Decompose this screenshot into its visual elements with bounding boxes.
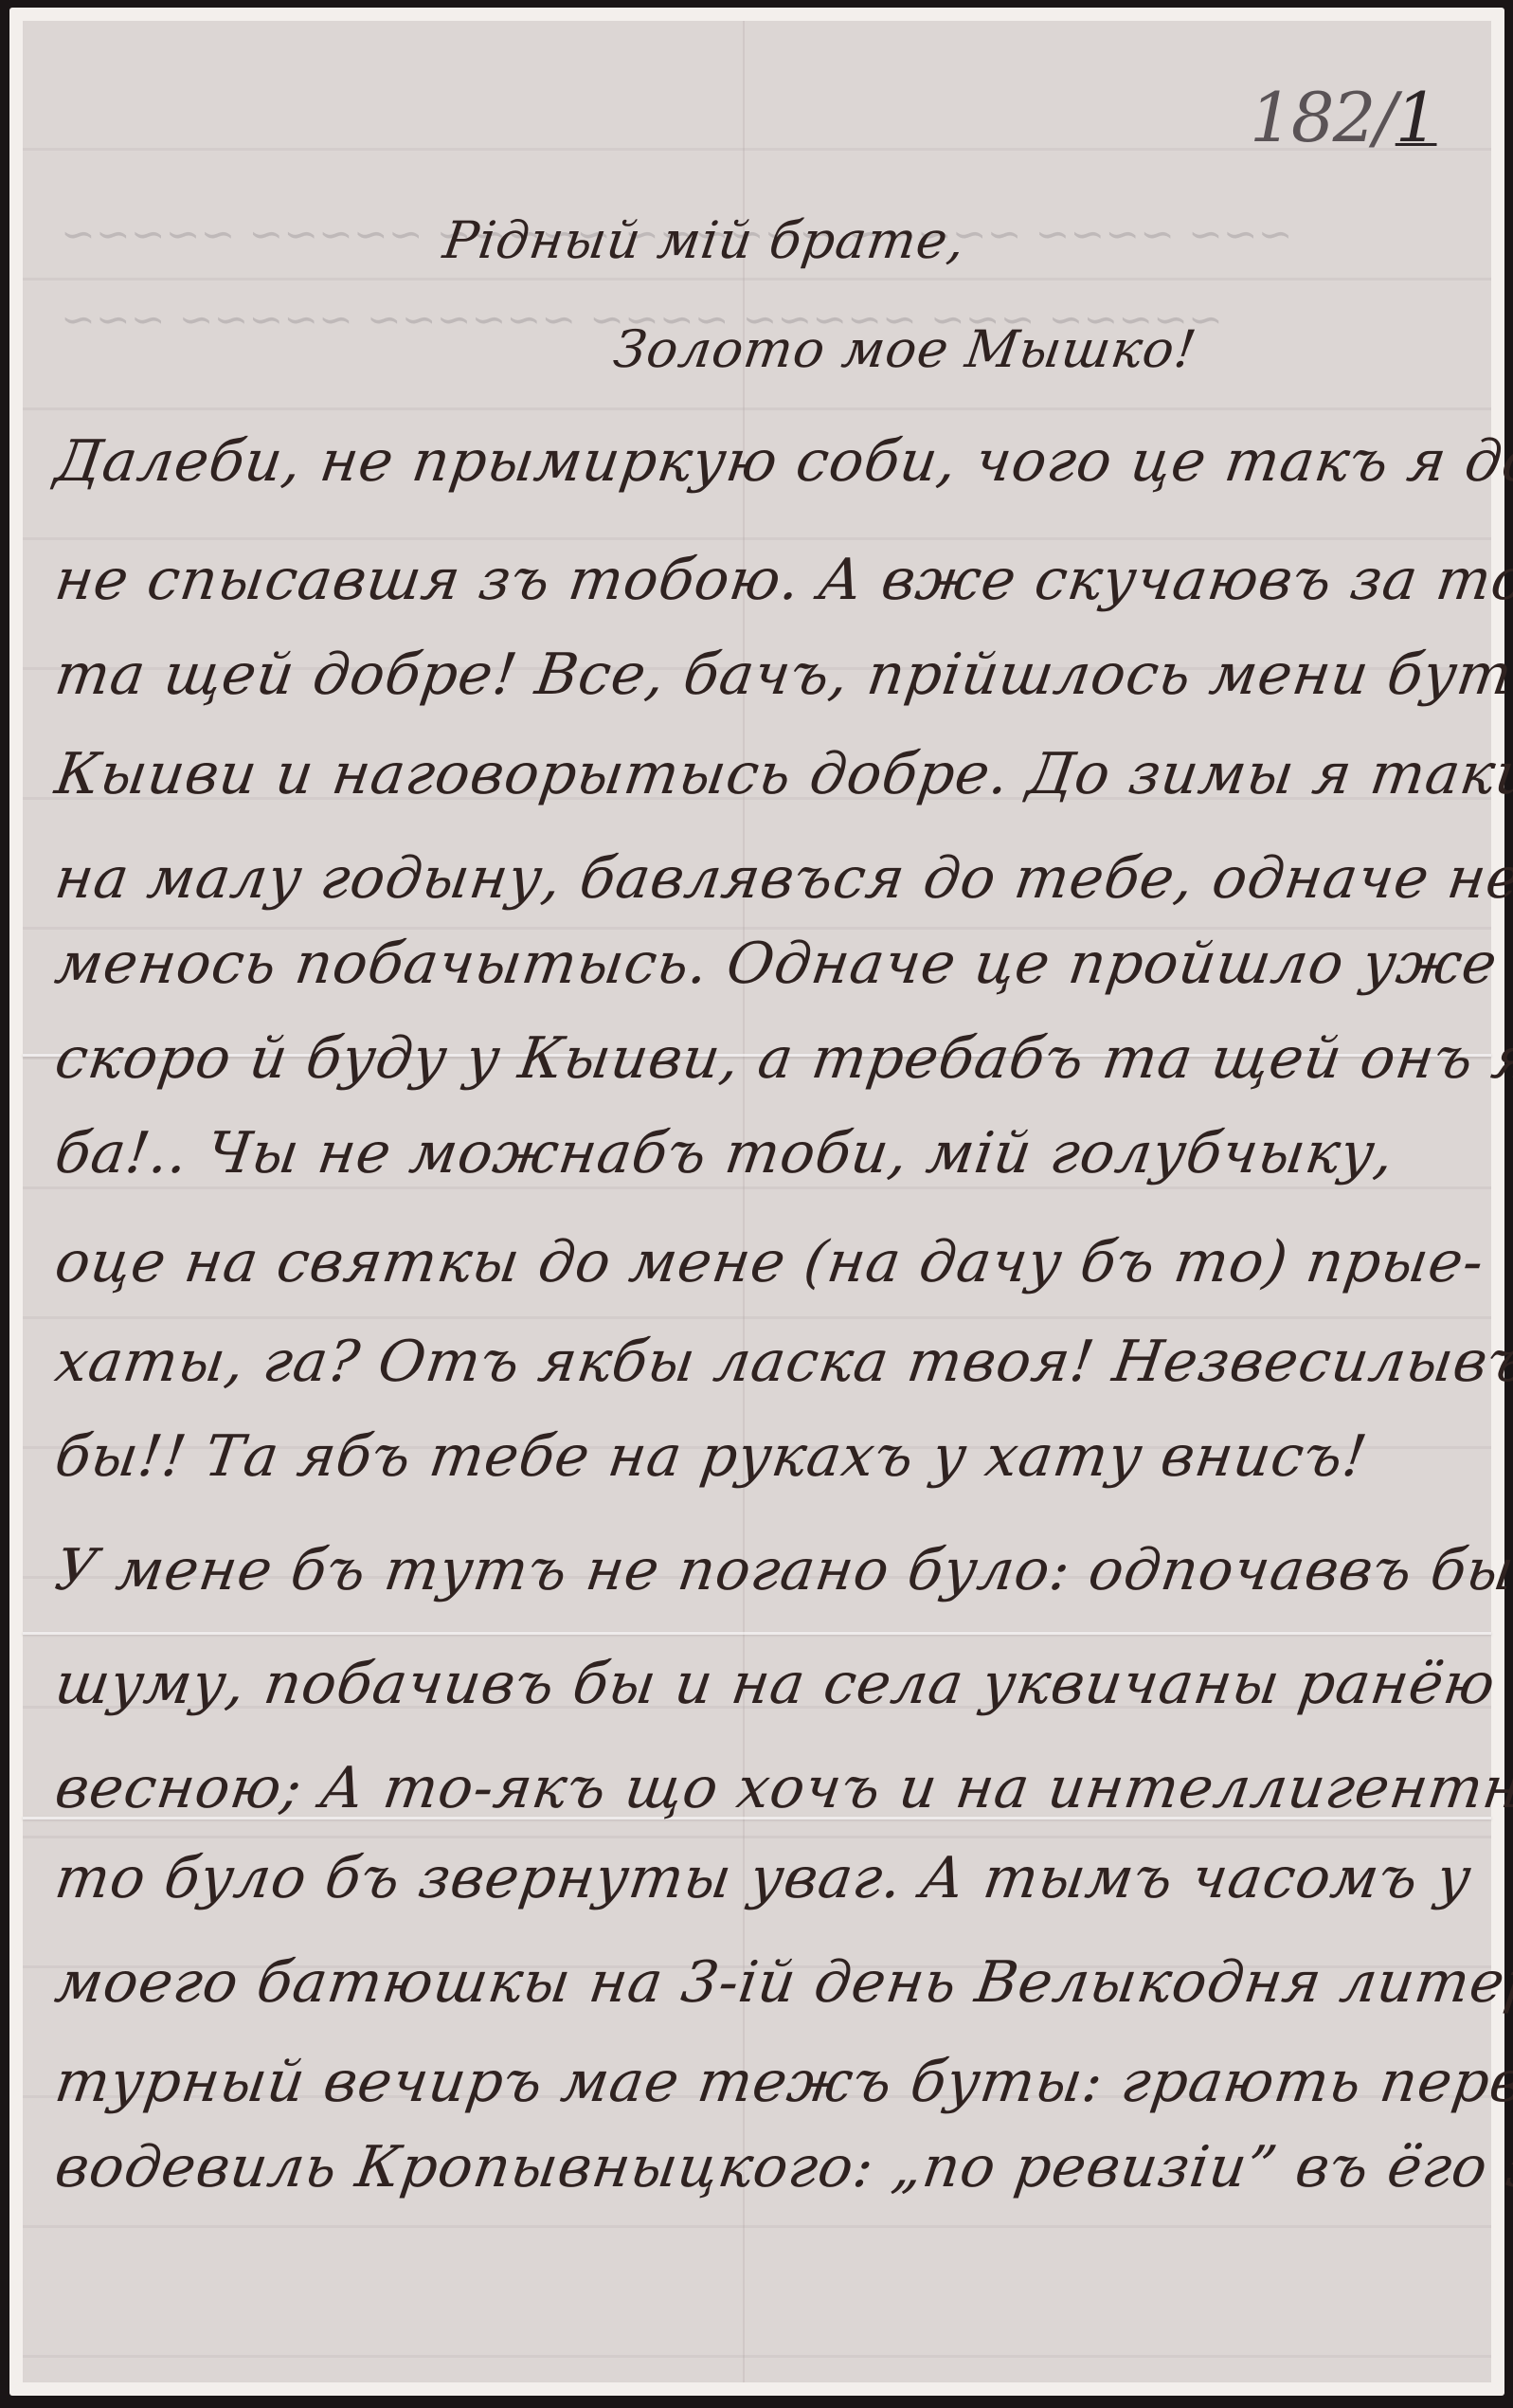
letter-line: турный вечиръ мае тежъ буты: грають перв… xyxy=(51,2049,1513,2115)
archive-folio-number: 182/1 xyxy=(1250,78,1437,157)
archive-number-folio: 1 xyxy=(1396,78,1437,157)
letter-line: менось побачытысь. Одначе це пройшло уже… xyxy=(51,931,1513,997)
salutation-line-1: Рідный мій брате, xyxy=(440,210,969,270)
letter-line: У мене бъ тутъ не погано було: одпочаввъ… xyxy=(51,1537,1513,1603)
letter-line: бы!! Та ябъ тебе на рукахъ у хату внисъ! xyxy=(51,1423,1372,1490)
letter-line: ба!.. Чы не можнабъ тоби, мій голубчыку, xyxy=(51,1120,1398,1186)
letter-line: на малу годыну, бавлявъся до тебе, однач… xyxy=(51,845,1513,912)
archive-number-main: 182/ xyxy=(1250,78,1396,157)
letter-line: не спысавшя зъ тобою. А вже скучаювъ за … xyxy=(51,547,1513,613)
letter-sheet: ~~~ ~~~~ ~~~~~ ~~~~~~ ~~~~~ ~~~~~ ~~~~~ … xyxy=(9,8,1504,2396)
letter-line: то було бъ звернуты уваг. А тымъ часомъ … xyxy=(51,1845,1476,1911)
letter-line: та щей добре! Все, бачъ, прійшлось мени … xyxy=(51,642,1513,708)
letter-line: Кыиви и наговорытысь добре. До зимы я та… xyxy=(51,741,1513,807)
letter-line: водевиль Кропывныцкого: „по ревизіи” въ … xyxy=(51,2134,1513,2200)
letter-line: скоро й буду у Кыиви, а требабъ та щей о… xyxy=(51,1025,1513,1092)
letter-line: Далеби, не прымиркую соби, чого це такъ … xyxy=(51,428,1513,495)
paper-surface: ~~~ ~~~~ ~~~~~ ~~~~~~ ~~~~~ ~~~~~ ~~~~~ … xyxy=(23,21,1491,2382)
letter-line: хаты, га? Отъ якбы ласка твоя! Незвесилы… xyxy=(51,1329,1513,1395)
letter-line: весною; А то-якъ що хочъ и на интеллиген… xyxy=(51,1755,1513,1821)
horizontal-fold-crease xyxy=(23,1632,1491,1635)
letter-line: оце на святкы до мене (на дачу бъ то) пр… xyxy=(51,1229,1488,1295)
letter-line: шуму, побачивъ бы и на села уквичаны ран… xyxy=(51,1651,1500,1717)
salutation-line-2: Золото мое Мышко! xyxy=(610,319,1200,379)
letter-line: моего батюшкы на 3-ій день Велыкодня лит… xyxy=(51,1949,1513,2016)
